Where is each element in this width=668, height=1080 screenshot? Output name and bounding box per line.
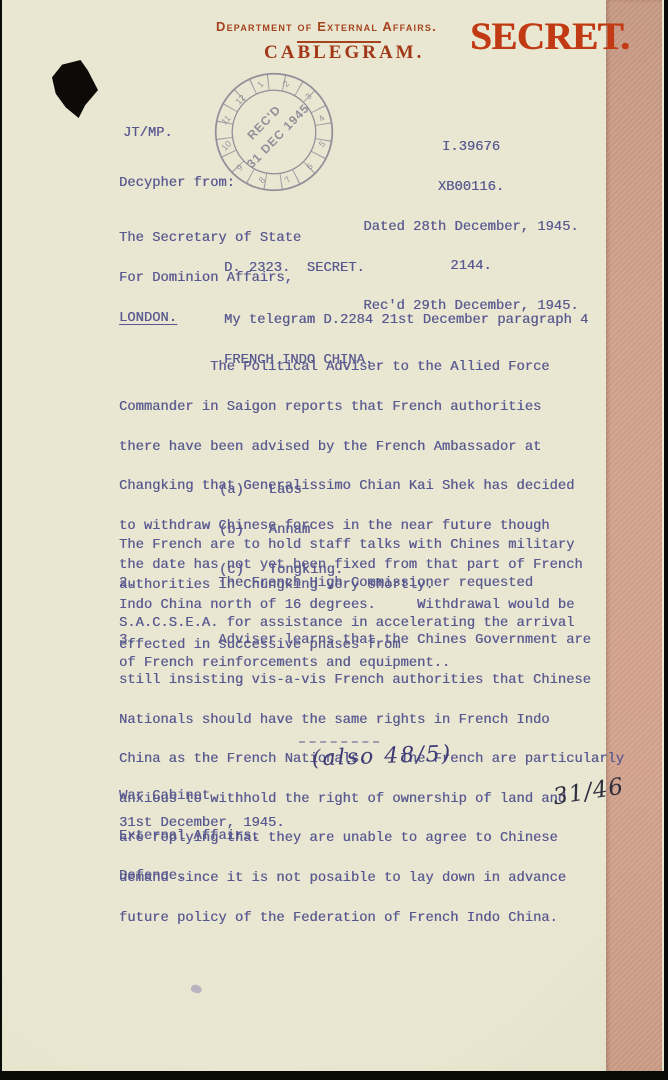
stamp-dial-number: 7	[282, 174, 293, 185]
scan-edge-right	[664, 0, 668, 1080]
stamp-dial-number: 9	[234, 162, 245, 173]
document-date: 31st December, 1945.	[119, 817, 285, 830]
handwritten-pen-note: (also 48/5)	[312, 742, 453, 772]
ref-time: 2144.	[360, 260, 582, 273]
distribution-item: External Affairs.	[119, 830, 260, 843]
stamp-dial-number: 1	[255, 79, 266, 90]
body-line: The Political Adviser to the Allied Forc…	[119, 361, 583, 374]
distribution-item: War Cabinet.	[119, 790, 260, 803]
stamp-dial-number: 11	[219, 113, 233, 127]
list-item: (a) Laos	[219, 484, 343, 497]
ref-number: XB00116.	[360, 181, 582, 194]
telegram-reference: D. 2323. SECRET.	[224, 262, 365, 275]
typed-separator-rule	[299, 741, 379, 743]
body-line: Commander in Saigon reports that French …	[119, 401, 583, 414]
intro-line: My telegram D.2284 21st December paragra…	[224, 314, 588, 327]
body-line: 2. The French High Commissioner requeste…	[119, 577, 574, 590]
stamp-dial-number: 4	[316, 113, 327, 124]
clerk-initials: JT/MP.	[123, 127, 173, 140]
decypher-label: Decypher from:	[119, 177, 235, 190]
body-line: still insisting vis-a-vis French authori…	[119, 674, 624, 687]
scan-edge-bottom	[0, 1071, 668, 1080]
cablegram-title: CABLEGRAM.	[264, 42, 424, 64]
stamp-dial-number: 6	[304, 161, 315, 172]
body-line: Nationals should have the same rights in…	[119, 714, 624, 727]
scan-edge-left	[0, 0, 2, 1080]
document-scan: Department of External Affairs. CABLEGRA…	[0, 0, 668, 1080]
distribution-list: War Cabinet. External Affairs. Defence.	[119, 764, 260, 909]
ref-serial: I.39676	[360, 141, 582, 154]
stamp-dial-number: 12	[233, 92, 247, 106]
distribution-item: Defence.	[119, 870, 260, 883]
body-line: Changking that Generalissimo Chian Kai S…	[119, 480, 583, 493]
body-line: future policy of the Federation of Frenc…	[119, 912, 624, 925]
body-line: there have been advised by the French Am…	[119, 441, 583, 454]
department-header: Department of External Affairs.	[216, 19, 437, 34]
stamp-dial-number: 2	[281, 79, 292, 90]
stamp-dial-number: 10	[219, 139, 233, 153]
secret-classification-stamp: SECRET.	[470, 14, 629, 59]
body-line: 3. Adviser learns that the Chines Govern…	[119, 634, 624, 647]
ref-dated: Dated 28th December, 1945.	[360, 221, 582, 234]
sender-line: The Secretary of State	[119, 232, 301, 245]
